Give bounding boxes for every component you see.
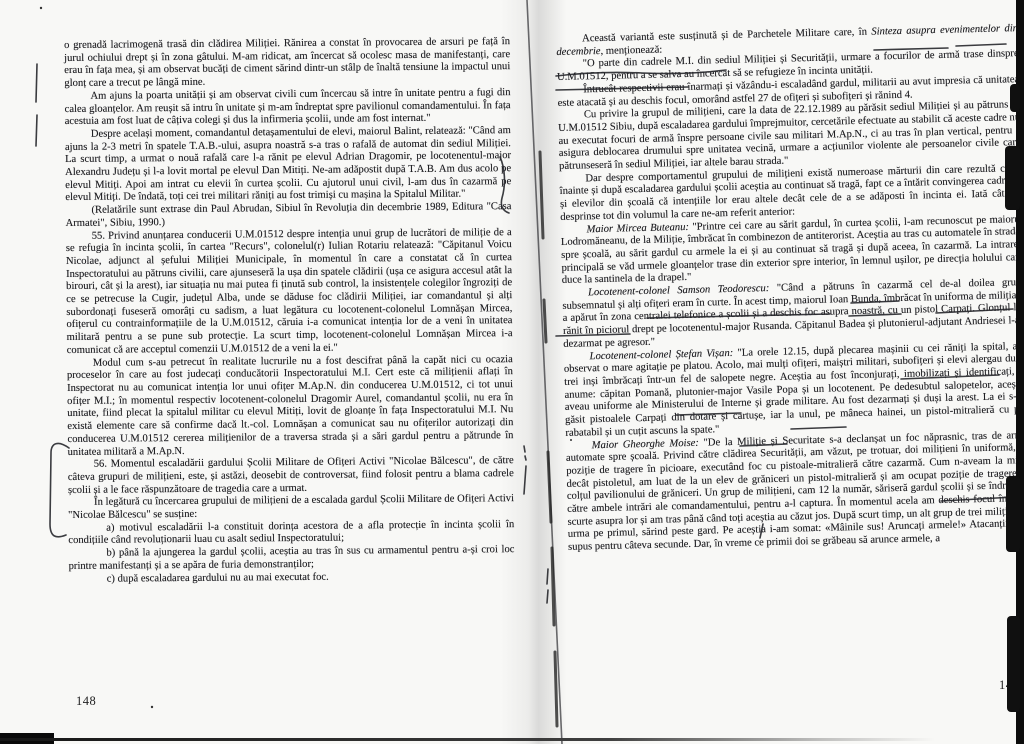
right-page: Această variantă este susținută și de Pa… bbox=[556, 23, 1024, 555]
testimony-paragraph: Maior Mircea Buteanu: "Printre cei care … bbox=[560, 214, 1023, 288]
margin-stroke-2 bbox=[36, 115, 37, 146]
spine-fold-line bbox=[527, 0, 562, 744]
paragraph-56: 56. Momentul escaladării gardului Școlii… bbox=[68, 455, 514, 497]
scan-edge-blob bbox=[1010, 84, 1020, 112]
intro-pre: Această variantă este susținută și de Pa… bbox=[582, 27, 871, 45]
right-margin-dashes bbox=[524, 446, 526, 494]
page-number-left: 148 bbox=[76, 694, 96, 709]
list-item-b: b) până la ajungerea la gardul școlii, a… bbox=[68, 544, 514, 573]
margin-stroke-1 bbox=[36, 64, 37, 102]
witness-name: Maior Mircea Buteanu: bbox=[586, 221, 692, 234]
scan-bottom-edge-line bbox=[0, 738, 935, 741]
scan-edge-blob bbox=[1005, 146, 1020, 210]
scan-edge-blob bbox=[1007, 616, 1020, 712]
square-bracket-left-margin bbox=[50, 443, 69, 536]
scan-edge-blob bbox=[1006, 476, 1020, 552]
paragraph: În legătură cu încercarea grupului de mi… bbox=[68, 493, 514, 522]
left-page: o grenadă lacrimogenă trasă din clădirea… bbox=[64, 36, 515, 586]
right-page-margin-dashes bbox=[547, 569, 548, 603]
paragraph: Despre același moment, comandantul detaș… bbox=[65, 125, 512, 205]
paragraph: o grenadă lacrimogenă trasă din clădirea… bbox=[64, 36, 510, 91]
testimony-paragraph: Locotenent-colonel Ștefan Vișan: "La ore… bbox=[563, 341, 1024, 441]
paragraph: Am ajuns la poarta unității și am observ… bbox=[64, 87, 510, 129]
intro-post: , menționează: bbox=[600, 44, 662, 56]
testimony-paragraph: Maior Gheorghe Moise: "De la Miliție și … bbox=[566, 430, 1024, 555]
paragraph: Modul cum s-au petrecut în realitate luc… bbox=[67, 354, 514, 460]
paragraph: Cu privire la grupul de milițieni, care … bbox=[558, 99, 1021, 173]
source-note: (Relatările sunt extrase din Paul Abruda… bbox=[65, 201, 511, 230]
testimony-paragraph: Locotenent-colonel Samson Teodorescu: "C… bbox=[562, 277, 1024, 351]
paragraph-55: 55. Privind anunțarea conducerii U.M.015… bbox=[66, 227, 513, 358]
spine-shadow-blobs bbox=[540, 152, 557, 726]
book-scan: o grenadă lacrimogenă trasă din clădirea… bbox=[0, 0, 1024, 744]
witness-name: Maior Gheorghe Moise: bbox=[592, 437, 704, 451]
